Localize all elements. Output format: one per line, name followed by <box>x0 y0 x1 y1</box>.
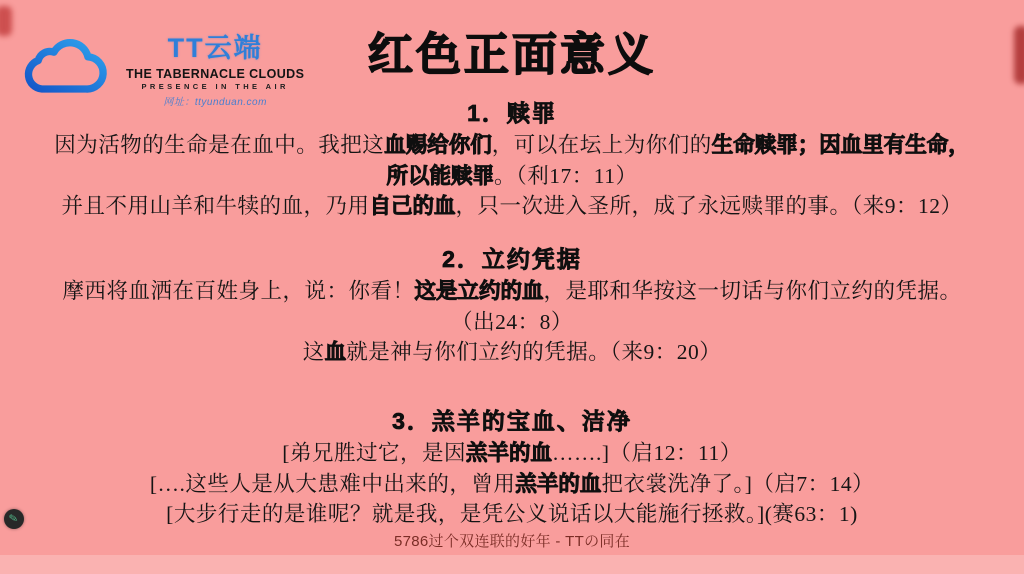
section-heading: 1．赎罪 <box>0 98 1024 128</box>
video-caption: 5786过个双连联的好年 - TTの同在 <box>0 530 1024 551</box>
verse-line: 所以能赎罪。（利17：11） <box>0 161 1024 192</box>
pencil-icon: ✎ <box>9 513 20 525</box>
verse-line: 摩西将血洒在百姓身上，说：你看！这是立约的血，是耶和华按这一切话与你们立约的凭据… <box>0 276 1024 307</box>
slide: TT云端 THE TABERNACLE CLOUDS PRESENCE IN T… <box>0 0 1024 574</box>
verse-text: ，是耶和华按这一切话与你们立约的凭据。 <box>544 279 962 303</box>
verse-line: 这血就是神与你们立约的凭据。（来9：20） <box>0 337 1024 368</box>
section-heading: 2．立约凭据 <box>0 244 1024 274</box>
verse-line: 并且不用山羊和牛犊的血，乃用自己的血，只一次进入圣所，成了永远赎罪的事。（来9：… <box>0 191 1024 222</box>
verse-text: 把衣裳洗净了。]（启7：14） <box>601 472 874 496</box>
verse-text: ，可以在坛上为你们的 <box>492 133 712 157</box>
verse-text-bold: 自己的血 <box>369 194 455 218</box>
verse-text: …….]（启12：11） <box>552 441 742 465</box>
verse-text: [….这些人是从大患难中出来的，曾用 <box>150 472 516 496</box>
footer-band <box>0 555 1024 574</box>
section-covenant: 2．立约凭据 摩西将血洒在百姓身上，说：你看！这是立约的血，是耶和华按这一切话与… <box>0 244 1024 368</box>
verse-reference: （出24：8） <box>451 310 573 334</box>
verse-text-bold: 这是立约的血 <box>414 279 543 303</box>
verse-text-bold: 血 <box>325 340 347 364</box>
verse-text: 就是神与你们立约的凭据。（来9：20） <box>346 340 721 364</box>
verse-line: [大步行走的是谁呢？就是我，是凭公义说话以大能施行拯救。](赛63：1) <box>0 499 1024 530</box>
verse-text-bold: 羔羊的血 <box>515 472 601 496</box>
verse-text: 这 <box>303 340 325 364</box>
verse-text: [弟兄胜过它，是因 <box>282 441 466 465</box>
slide-title: 红色正面意义 <box>0 18 1024 83</box>
verse-text-bold: 所以能赎罪 <box>387 164 495 188</box>
verse-line: [….这些人是从大患难中出来的，曾用羔羊的血把衣裳洗净了。]（启7：14） <box>0 469 1024 500</box>
verse-text: 因为活物的生命是在血中。我把这 <box>54 133 384 157</box>
verse-line: 因为活物的生命是在血中。我把这血赐给你们，可以在坛上为你们的生命赎罪；因血里有生… <box>0 130 1024 161</box>
verse-text: ，只一次进入圣所，成了永远赎罪的事。（来9：12） <box>456 194 963 218</box>
verse-text-bold: 血赐给你们 <box>384 133 492 157</box>
annotate-button[interactable]: ✎ <box>4 509 24 529</box>
logo-tagline: PRESENCE IN THE AIR <box>126 82 304 91</box>
section-lamb-blood: 3．羔羊的宝血、洁净 [弟兄胜过它，是因羔羊的血…….]（启12：11） [….… <box>0 406 1024 530</box>
verse-text-bold: 生命赎罪；因血里有生命， <box>712 133 970 157</box>
verse-line: [弟兄胜过它，是因羔羊的血…….]（启12：11） <box>0 438 1024 469</box>
verse-text-bold: 羔羊的血 <box>466 441 552 465</box>
verse-text: 摩西将血洒在百姓身上，说：你看！ <box>62 279 414 303</box>
section-atonement: 1．赎罪 因为活物的生命是在血中。我把这血赐给你们，可以在坛上为你们的生命赎罪；… <box>0 98 1024 222</box>
section-heading: 3．羔羊的宝血、洁净 <box>0 406 1024 436</box>
verse-line: （出24：8） <box>0 307 1024 338</box>
verse-text: [大步行走的是谁呢？就是我，是凭公义说话以大能施行拯救。](赛63：1) <box>166 502 858 526</box>
verse-reference: 。（利17：11） <box>494 164 637 188</box>
verse-text: 并且不用山羊和牛犊的血，乃用 <box>61 194 369 218</box>
